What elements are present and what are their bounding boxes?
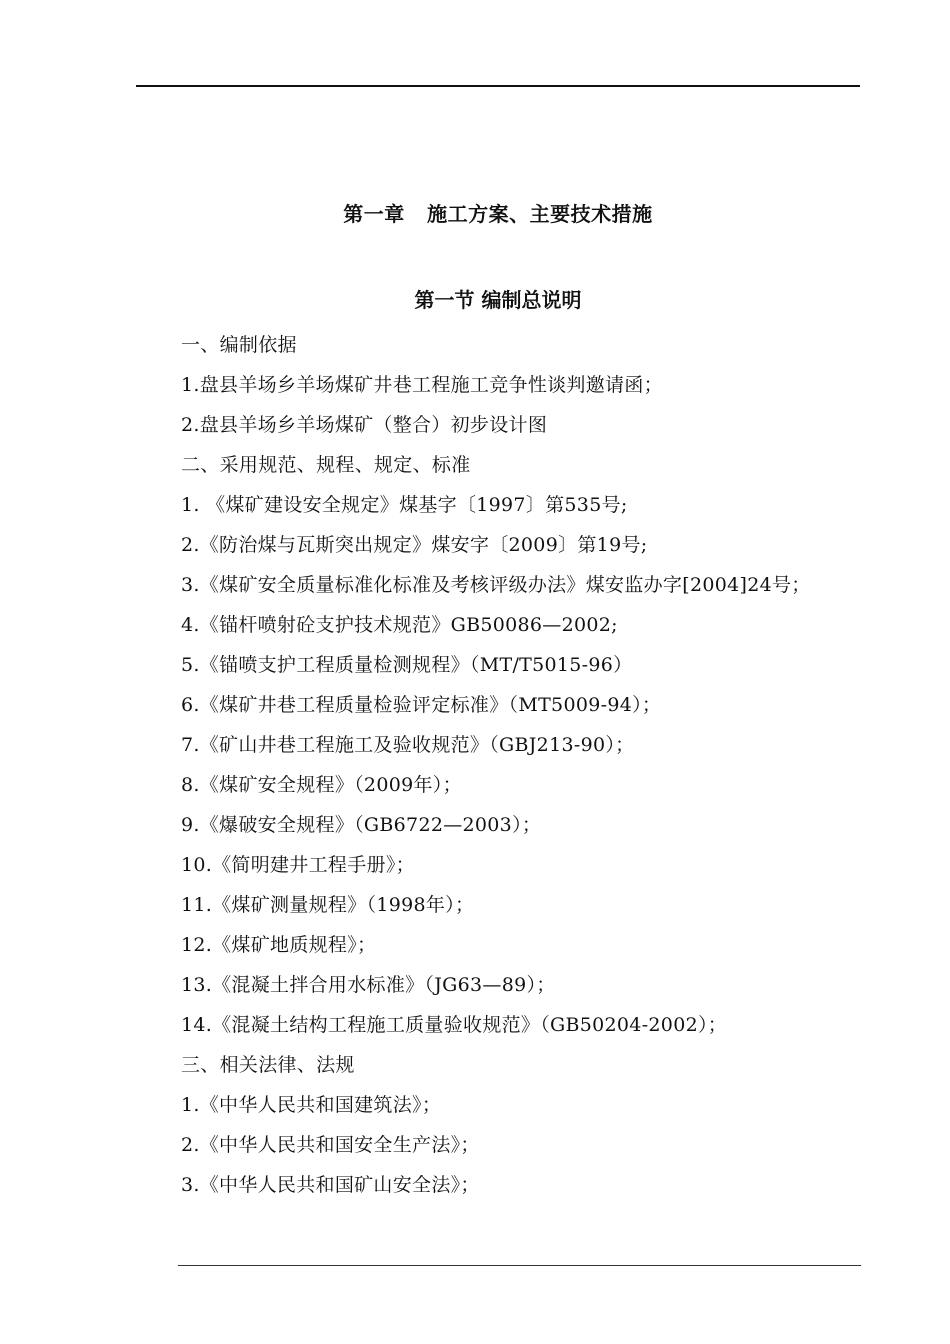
list-item: 14.《混凝土结构工程施工质量验收规范》（GB50204-2002）； [181, 1005, 901, 1045]
section-heading-basis: 一、编制依据 [181, 325, 901, 365]
section-heading-laws: 三、相关法律、法规 [181, 1045, 901, 1085]
section-basis: 一、编制依据 1.盘县羊场乡羊场煤矿井巷工程施工竞争性谈判邀请函； 2.盘县羊场… [181, 325, 901, 445]
list-item: 2.盘县羊场乡羊场煤矿（整合）初步设计图 [181, 405, 901, 445]
list-item: 5.《锚喷支护工程质量检测规程》（MT/T5015-96） [181, 645, 901, 685]
list-item: 1. 《煤矿建设安全规定》煤基字〔1997〕第535号; [181, 485, 901, 525]
section-laws: 三、相关法律、法规 1.《中华人民共和国建筑法》； 2.《中华人民共和国安全生产… [181, 1045, 901, 1205]
list-item: 2.《防治煤与瓦斯突出规定》煤安字〔2009〕第19号; [181, 525, 901, 565]
document-body: 一、编制依据 1.盘县羊场乡羊场煤矿井巷工程施工竞争性谈判邀请函； 2.盘县羊场… [181, 325, 901, 1205]
list-item: 1.《中华人民共和国建筑法》； [181, 1085, 901, 1125]
list-item: 6.《煤矿井巷工程质量检验评定标准》（MT5009-94）； [181, 685, 901, 725]
section-title: 第一节 编制总说明 [0, 284, 950, 313]
list-item: 11.《煤矿测量规程》（1998年）； [181, 885, 901, 925]
header-rule [136, 85, 860, 87]
list-item: 3.《中华人民共和国矿山安全法》； [181, 1165, 901, 1205]
section-standards: 二、采用规范、规程、规定、标准 1. 《煤矿建设安全规定》煤基字〔1997〕第5… [181, 445, 901, 1045]
list-item: 4.《锚杆喷射砼支护技术规范》GB50086—2002; [181, 605, 901, 645]
list-item: 13.《混凝土拌合用水标准》（JG63—89）； [181, 965, 901, 1005]
list-item: 12.《煤矿地质规程》； [181, 925, 901, 965]
list-item: 9.《爆破安全规程》（GB6722—2003）； [181, 805, 901, 845]
footer-rule [178, 1265, 861, 1266]
list-item: 1.盘县羊场乡羊场煤矿井巷工程施工竞争性谈判邀请函； [181, 365, 901, 405]
list-item: 3.《煤矿安全质量标准化标准及考核评级办法》煤安监办字[2004]24号； [181, 565, 901, 605]
section-heading-standards: 二、采用规范、规程、规定、标准 [181, 445, 901, 485]
list-item: 8.《煤矿安全规程》（2009年）； [181, 765, 901, 805]
list-item: 10.《简明建井工程手册》； [181, 845, 901, 885]
chapter-title: 第一章 施工方案、主要技术措施 [0, 198, 950, 227]
list-item: 2.《中华人民共和国安全生产法》； [181, 1125, 901, 1165]
list-item: 7.《矿山井巷工程施工及验收规范》（GBJ213-90）； [181, 725, 901, 765]
